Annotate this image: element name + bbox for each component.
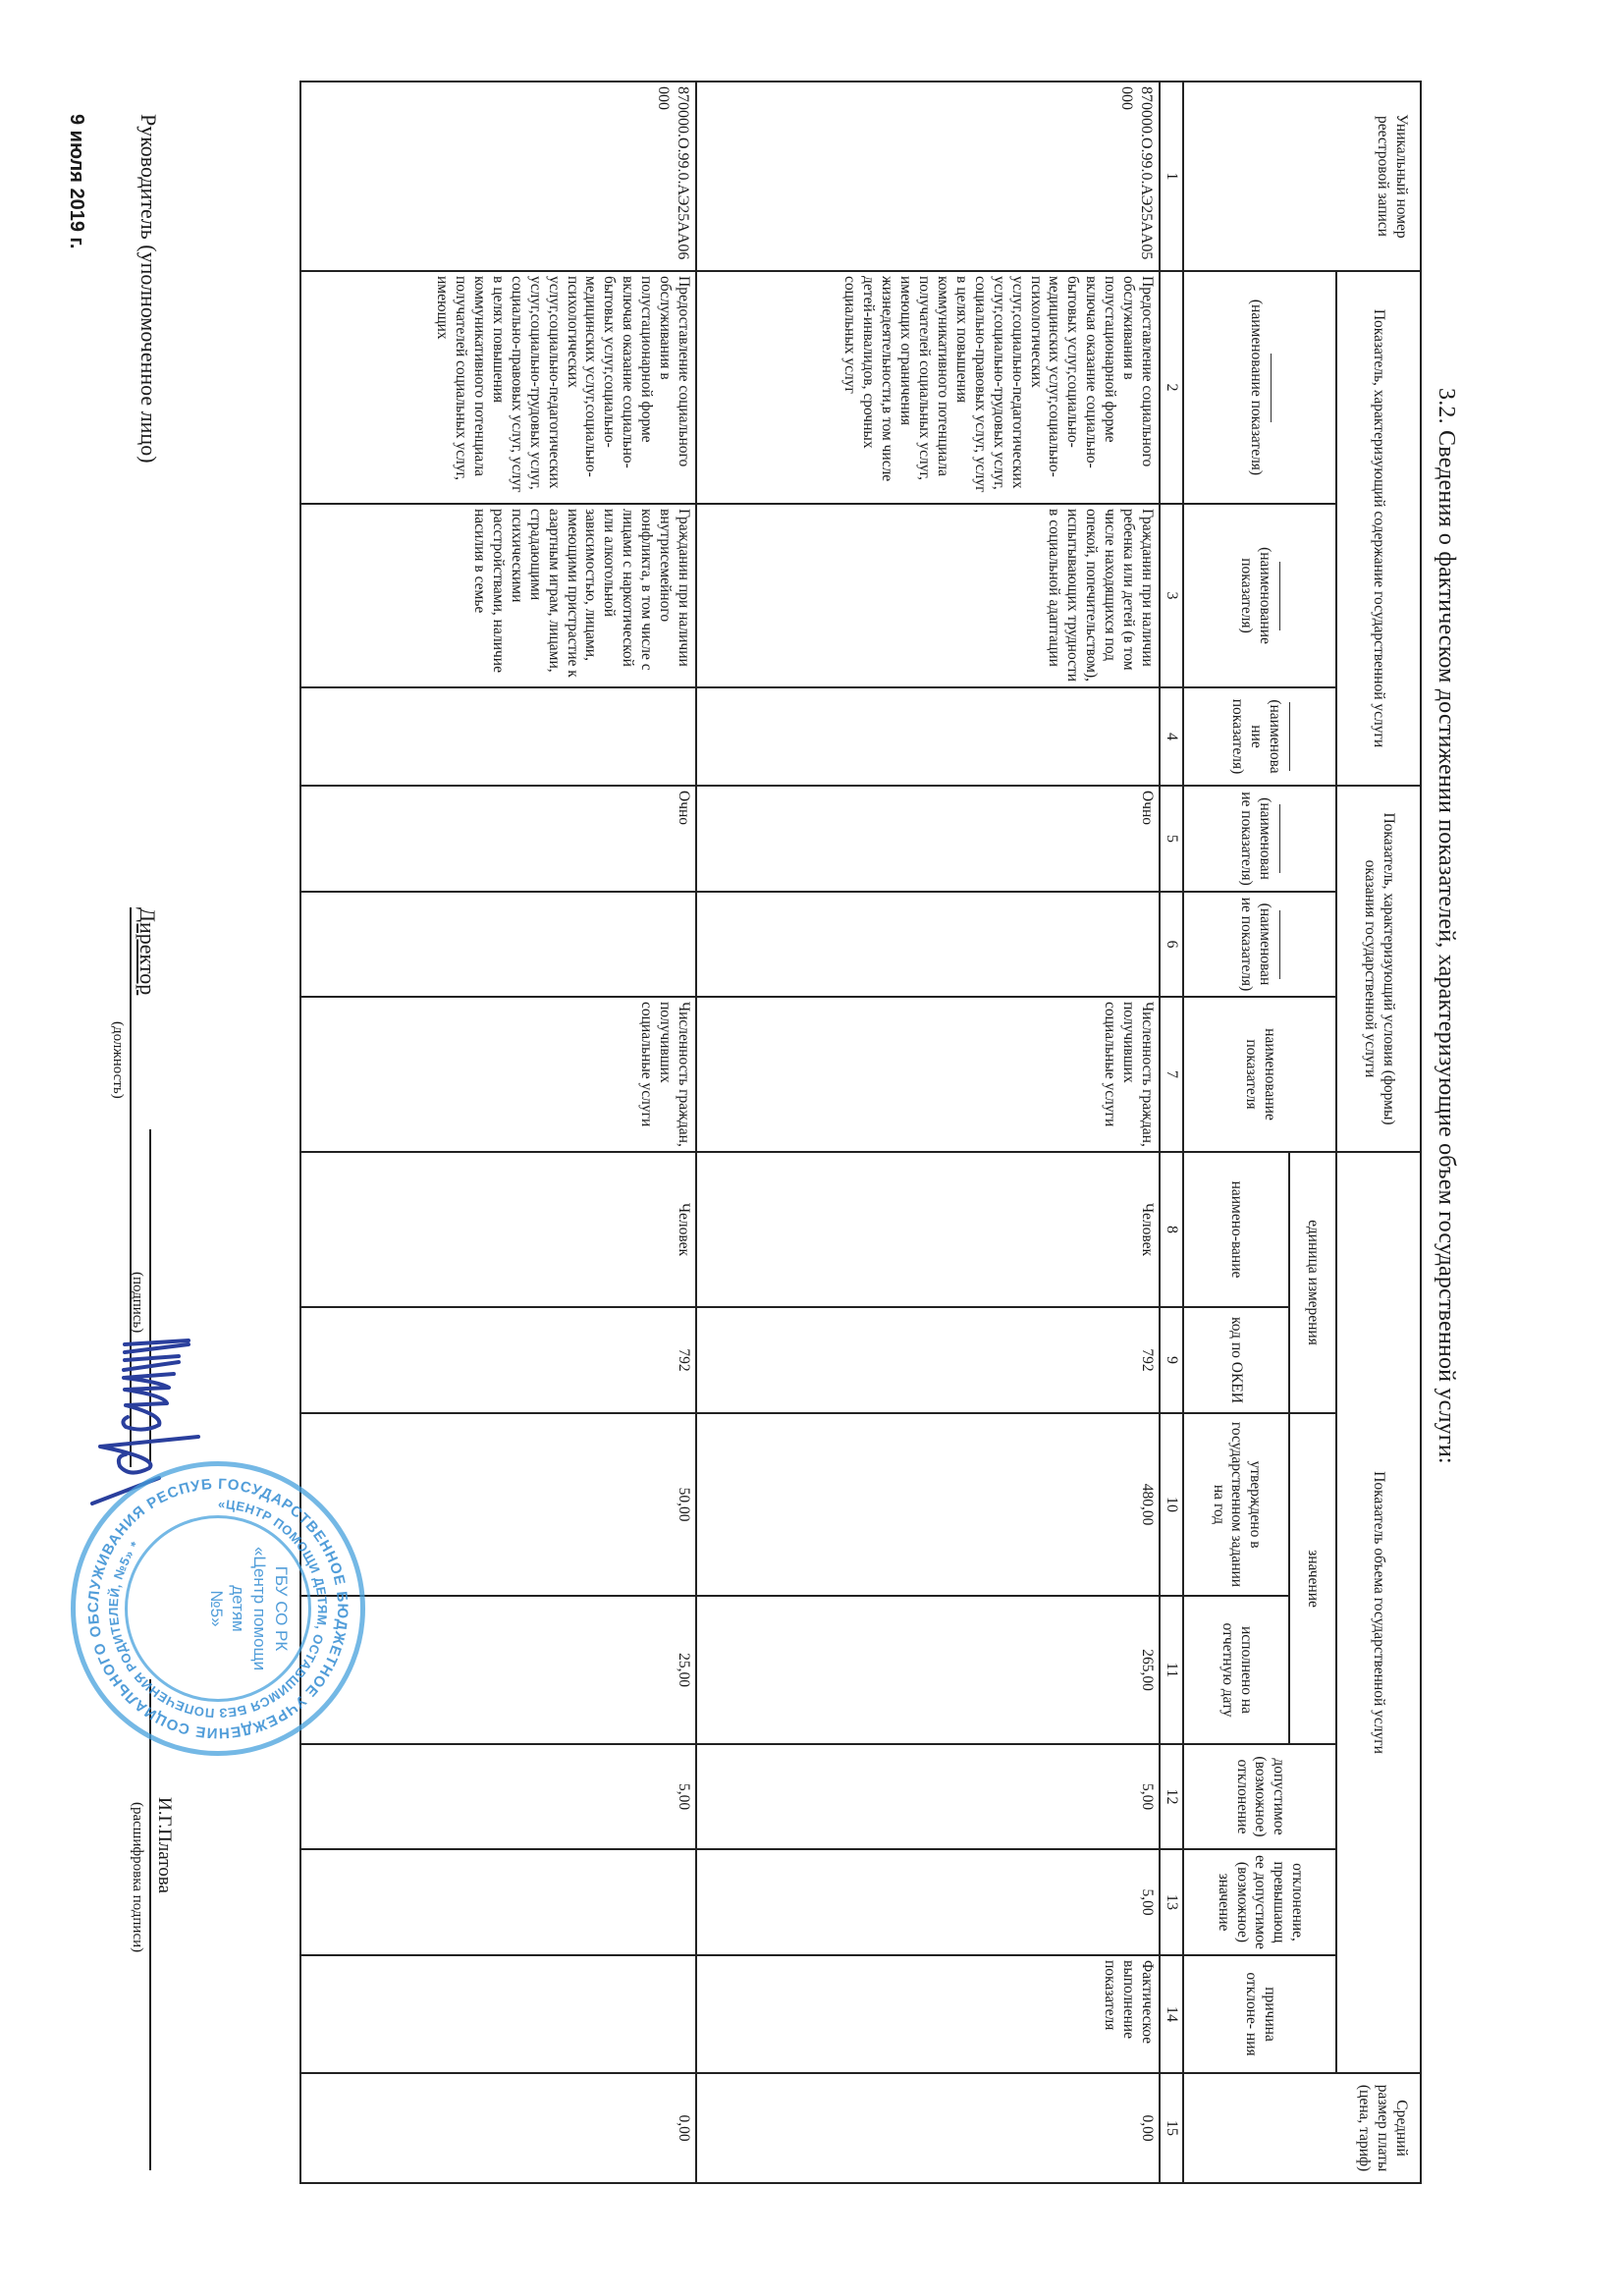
header-unit-group: единица измерения (1289, 1152, 1336, 1413)
cell-approved: 480,00 (696, 1413, 1160, 1596)
stamp-line: детям (227, 1466, 248, 1751)
header-deviation-reason: причина отклоне- ния (1183, 1955, 1336, 2073)
position-value: Директор (135, 907, 160, 995)
cell-unit-name: Человек (696, 1152, 1160, 1307)
column-number: 6 (1160, 892, 1183, 997)
cell-service-content: Предоставление социального обслуживания … (696, 271, 1160, 504)
cell-okei-code: 792 (300, 1307, 696, 1413)
organization-stamp: ГОСУДАРСТВЕННОЕ БЮДЖЕТНОЕ УЧРЕЖДЕНИЕ СОЦ… (71, 1461, 365, 1756)
cell-col6 (300, 892, 696, 997)
column-number: 1 (1160, 82, 1183, 271)
stamp-line: №5» (205, 1466, 227, 1751)
cell-service-content: Предоставление социального обслуживания … (300, 271, 696, 504)
header-allowed-deviation: допустимое (возможное) отклонение (1183, 1744, 1336, 1849)
cell-col4 (300, 687, 696, 786)
cell-exceeding-deviation (300, 1849, 696, 1955)
report-date: 9 июля 2019 г. (65, 114, 87, 248)
column-number: 15 (1160, 2073, 1183, 2183)
cell-exceeding-deviation: 5,00 (696, 1849, 1160, 1955)
stamp-line: ГБУ СО РК (270, 1466, 292, 1751)
header-registry-number: Уникальный номер реестровой записи (1183, 82, 1421, 271)
position-caption: (должность) (109, 1021, 126, 1099)
header-executed: исполнено на отчетную дату (1183, 1596, 1289, 1744)
column-number: 7 (1160, 997, 1183, 1152)
blank-dash (1279, 910, 1280, 979)
table-row: 870000.О.99.0.АЭ25АА05000 Предоставление… (696, 82, 1160, 2183)
cell-indicator-name: Численность граждан, получивших социальн… (696, 997, 1160, 1152)
column-number: 8 (1160, 1152, 1183, 1307)
column-number: 4 (1160, 687, 1183, 786)
name-caption: (расшифровка подписи) (129, 1802, 145, 1952)
column-number: 10 (1160, 1413, 1183, 1596)
cell-col6 (696, 892, 1160, 997)
header-col2: (наименование показателя) (1183, 271, 1336, 504)
column-number: 14 (1160, 1955, 1183, 2073)
name-line (149, 1679, 151, 2170)
cell-unit-name: Человек (300, 1152, 696, 1307)
cell-registry-number: 870000.О.99.0.АЭ25АА06000 (300, 82, 696, 271)
cell-allowed-deviation: 5,00 (300, 1744, 696, 1849)
cell-executed: 265,00 (696, 1596, 1160, 1744)
header-okei-code: код по ОКЕИ (1183, 1307, 1289, 1413)
column-number: 12 (1160, 1744, 1183, 1849)
cell-deviation-reason: Фактическое выполнение показателя (696, 1955, 1160, 2073)
header-unit-name: наимено-вание (1183, 1152, 1289, 1307)
blank-dash (1279, 562, 1280, 630)
column-number: 5 (1160, 786, 1183, 892)
cell-recipient-category: Гражданин при наличии ребенка или детей … (696, 504, 1160, 687)
header-conditions-group: Показатель, характеризующий условия (фор… (1336, 786, 1421, 1152)
column-number: 9 (1160, 1307, 1183, 1413)
cell-recipient-category: Гражданин при наличии внутрисемейного ко… (300, 504, 696, 687)
cell-okei-code: 792 (696, 1307, 1160, 1413)
blank-dash (1279, 804, 1280, 873)
stamp-line: «Центр помощи (248, 1466, 270, 1751)
document-page: 3.2. Сведения о фактическом достижении п… (0, 0, 1624, 2296)
header-value-group: значение (1289, 1413, 1336, 1744)
column-numbers-row: 1 2 3 4 5 6 7 8 9 10 11 12 13 14 15 (1160, 82, 1183, 2183)
head-label: Руководитель (уполномоченное лицо) (135, 114, 161, 464)
cell-registry-number: 870000.О.99.0.АЭ25АА05000 (696, 82, 1160, 271)
stamp-center-text: ГБУ СО РК «Центр помощи детям №5» (205, 1466, 292, 1751)
column-number: 3 (1160, 504, 1183, 687)
cell-allowed-deviation: 5,00 (696, 1744, 1160, 1849)
section-title: 3.2. Сведения о фактическом достижении п… (1433, 388, 1459, 1464)
cell-avg-fee: 0,00 (300, 2073, 696, 2183)
header-content-group: Показатель, характеризующий содержание г… (1336, 271, 1421, 786)
blank-dash (1289, 702, 1290, 771)
header-col4: (наименова ние показателя) (1183, 687, 1336, 786)
header-indicator-name: наименование показателя (1183, 997, 1336, 1152)
header-col3: (наименование показателя) (1183, 504, 1336, 687)
column-number: 11 (1160, 1596, 1183, 1744)
header-col6: (наименован ие показателя) (1183, 892, 1336, 997)
cell-form: Очно (300, 786, 696, 892)
column-number: 13 (1160, 1849, 1183, 1955)
name-value: И.Г.Платова (153, 1797, 175, 1893)
table-row: 870000.О.99.0.АЭ25АА06000 Предоставление… (300, 82, 696, 2183)
column-number: 2 (1160, 271, 1183, 504)
cell-deviation-reason (300, 1955, 696, 2073)
signature-caption: (подпись) (129, 1272, 145, 1333)
blank-dash (1271, 354, 1272, 422)
header-volume-group: Показатель объема государственной услуги (1336, 1152, 1421, 2073)
header-avg-fee: Средний размер платы (цена, тариф) (1183, 2073, 1421, 2183)
volume-indicators-table: Уникальный номер реестровой записи Показ… (299, 81, 1422, 2184)
header-approved: утверждено в государственном задании на … (1183, 1413, 1289, 1596)
cell-indicator-name: Численность граждан, получивших социальн… (300, 997, 696, 1152)
header-exceeding-deviation: отклонение, превышающ ее допустимое (воз… (1183, 1849, 1336, 1955)
cell-avg-fee: 0,00 (696, 2073, 1160, 2183)
cell-col4 (696, 687, 1160, 786)
header-col5: (наименован ие показателя) (1183, 786, 1336, 892)
cell-form: Очно (696, 786, 1160, 892)
